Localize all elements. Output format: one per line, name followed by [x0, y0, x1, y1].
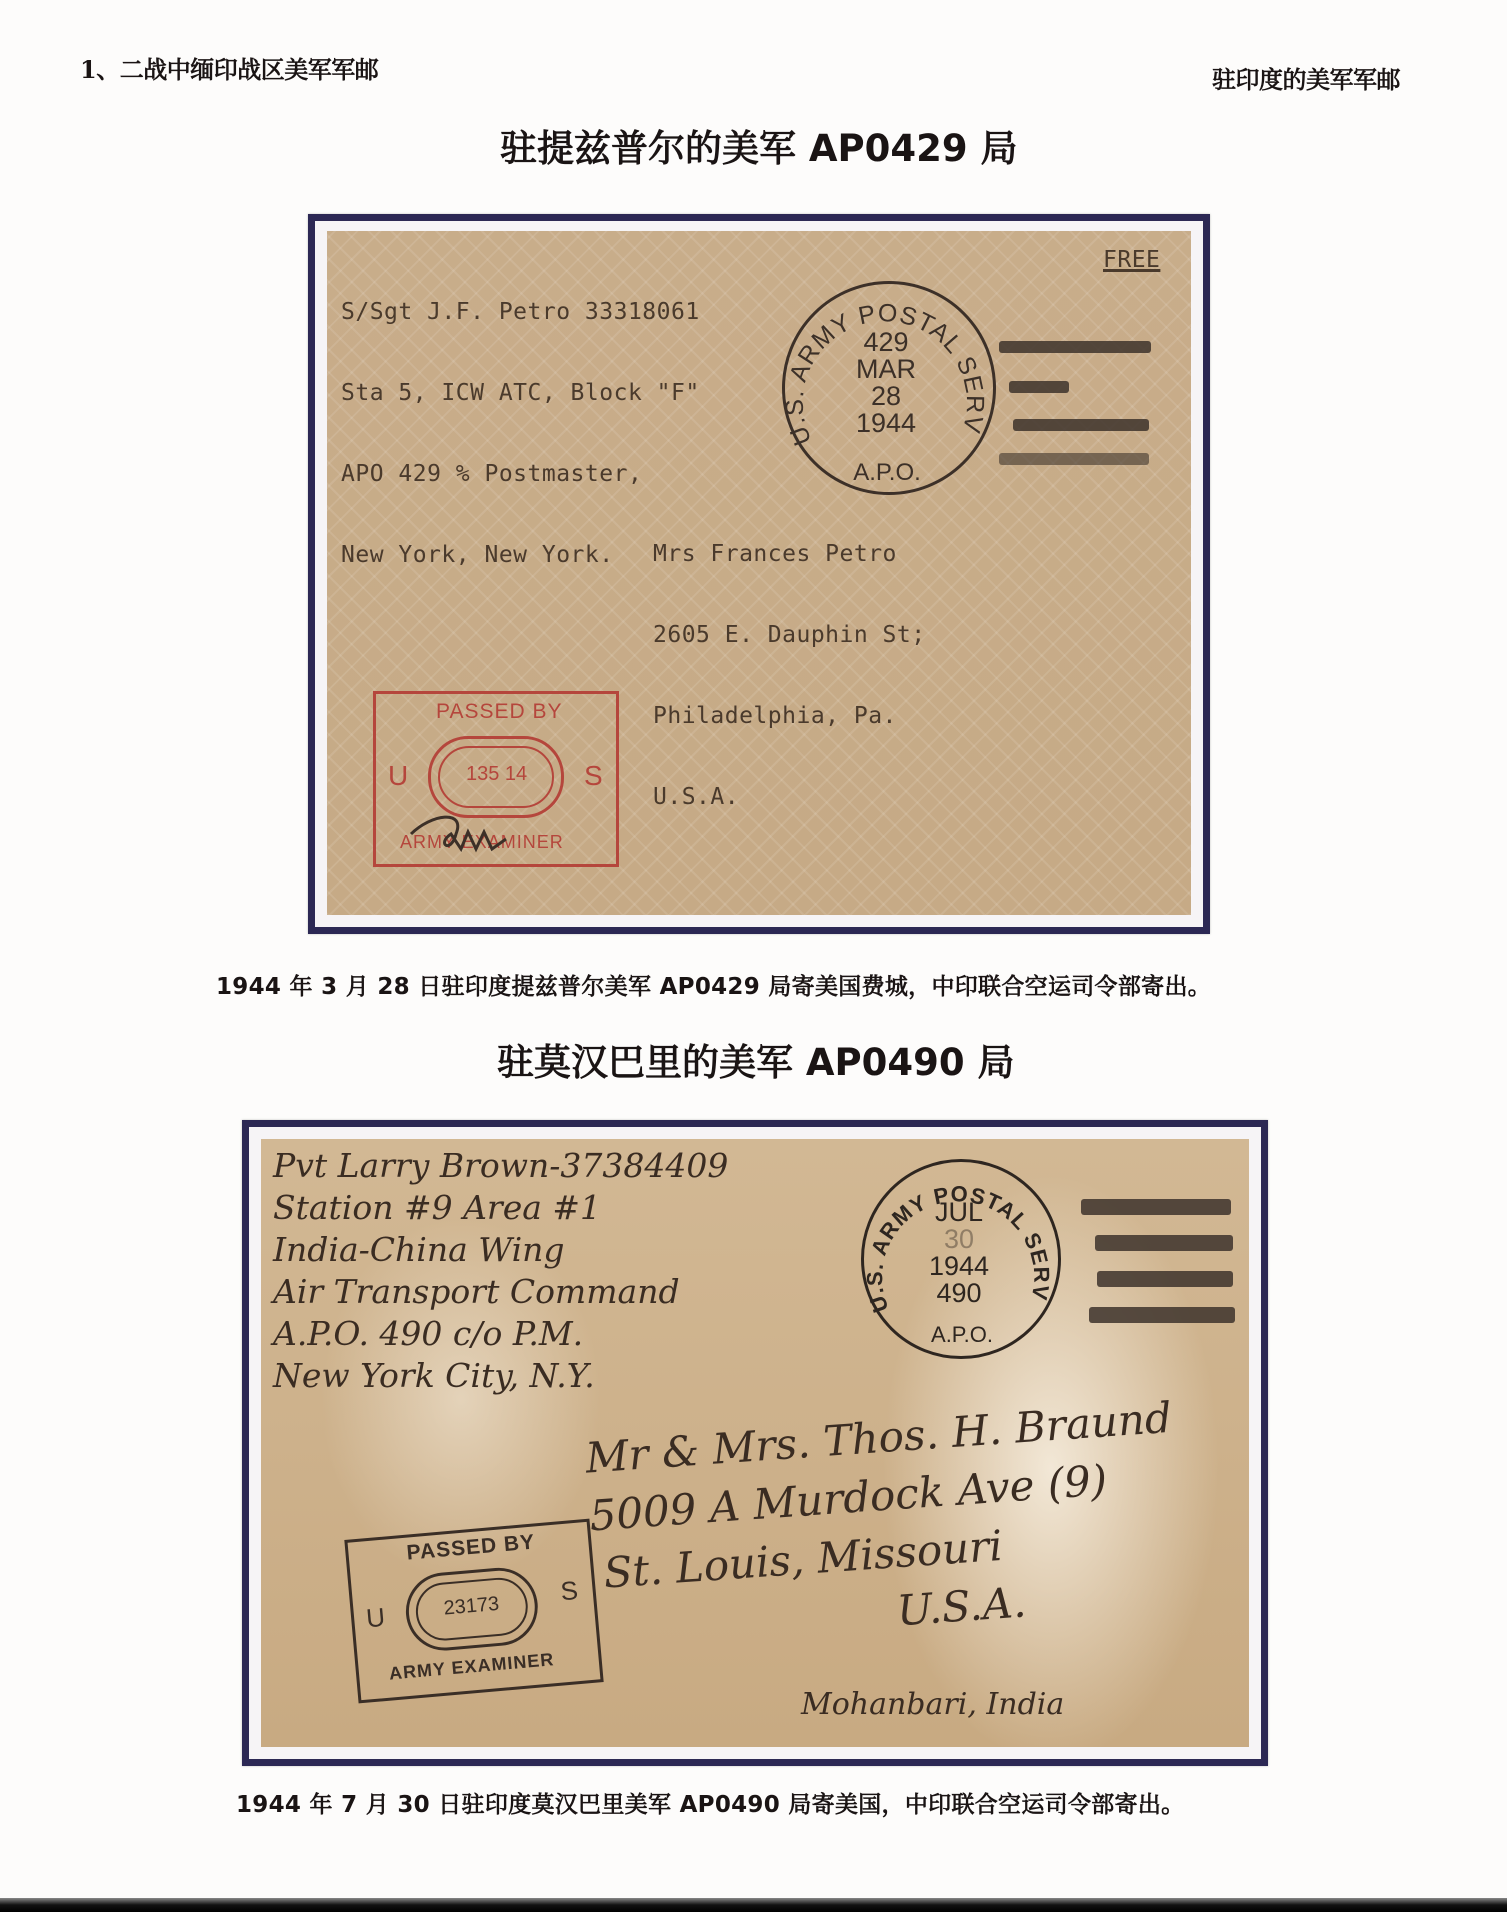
killer-bar	[999, 453, 1149, 465]
postmark-day: 30	[919, 1226, 999, 1253]
addressee-line: 2605 E. Dauphin St;	[653, 622, 926, 649]
sender-line: New York, New York.	[341, 542, 700, 569]
sender-line: Pvt Larry Brown-37384409	[273, 1145, 728, 1187]
sender-address: S/Sgt J.F. Petro 33318061 Sta 5, ICW ATC…	[341, 245, 700, 623]
addressee-address: Mrs Frances Petro 2605 E. Dauphin St; Ph…	[653, 487, 926, 865]
sender-line: A.P.O. 490 c/o P.M.	[273, 1313, 728, 1355]
postmark-apo: 490	[919, 1280, 999, 1307]
sender-address: Pvt Larry Brown-37384409 Station #9 Area…	[273, 1145, 728, 1397]
postmark-apo: 429	[846, 329, 926, 356]
origin-note: Mohanbari, India	[801, 1687, 1064, 1722]
exhibit-2-cover: Pvt Larry Brown-37384409 Station #9 Area…	[261, 1139, 1249, 1747]
killer-bar	[999, 341, 1151, 353]
exhibit-2-frame: Pvt Larry Brown-37384409 Station #9 Area…	[242, 1120, 1268, 1766]
postmark: U.S. ARMY POSTAL SERVICE JUL 30 1944 490…	[861, 1159, 1061, 1359]
sender-line: India-China Wing	[273, 1229, 728, 1271]
censor-stamp: PASSED BY U S 135 14 ARMY EXAMINER	[373, 691, 619, 867]
postmark-month: JUL	[919, 1199, 999, 1226]
sender-line: Station #9 Area #1	[273, 1187, 728, 1229]
postmark-year: 1944	[919, 1253, 999, 1280]
censor-signature	[406, 804, 516, 864]
exhibit-1-caption: 1944 年 3 月 28 日驻印度提兹普尔美军 AP0429 局寄美国费城，中…	[216, 968, 1211, 1001]
addressee-address: Mr & Mrs. Thos. H. Braund 5009 A Murdock…	[584, 1389, 1186, 1661]
killer-bar	[1009, 381, 1069, 393]
exhibit-1-cover: S/Sgt J.F. Petro 33318061 Sta 5, ICW ATC…	[327, 231, 1191, 915]
killer-bar	[1089, 1307, 1235, 1323]
exhibit-1-frame: S/Sgt J.F. Petro 33318061 Sta 5, ICW ATC…	[308, 214, 1210, 934]
exhibit-1-title: 驻提兹普尔的美军 AP0429 局	[500, 118, 1018, 172]
sender-line: APO 429 % Postmaster,	[341, 461, 700, 488]
addressee-line: Philadelphia, Pa.	[653, 703, 926, 730]
postmark-apo-label: A.P.O.	[842, 459, 932, 486]
section-label-right: 驻印度的美军军邮	[1212, 60, 1400, 95]
postmark-month: MAR	[846, 356, 926, 383]
exhibit-2-caption: 1944 年 7 月 30 日驻印度莫汉巴里美军 AP0490 局寄美国，中印联…	[236, 1786, 1184, 1819]
section-label-left: 1、二战中缅印战区美军军邮	[80, 50, 378, 85]
postmark: U.S. ARMY POSTAL SERVICE 429 MAR 28 1944…	[782, 281, 996, 495]
postmark-year: 1944	[846, 410, 926, 437]
killer-bar	[1081, 1199, 1231, 1215]
postmark-apo-label: A.P.O.	[917, 1321, 1007, 1348]
sender-line: Sta 5, ICW ATC, Block "F"	[341, 380, 700, 407]
addressee-line: Mrs Frances Petro	[653, 541, 926, 568]
sender-line: Air Transport Command	[273, 1271, 728, 1313]
free-frank: FREE	[1103, 247, 1160, 274]
censor-stamp: PASSED BY U S 23173 ARMY EXAMINER	[344, 1519, 603, 1704]
postmark-day: 28	[846, 383, 926, 410]
sender-line: S/Sgt J.F. Petro 33318061	[341, 299, 700, 326]
sender-line: New York City, N.Y.	[273, 1355, 728, 1397]
exhibit-2-title: 驻莫汉巴里的美军 AP0490 局	[497, 1032, 1015, 1086]
killer-bar	[1095, 1235, 1233, 1251]
addressee-line: U.S.A.	[653, 784, 926, 811]
killer-bar	[1013, 419, 1149, 431]
page-bottom-edge	[0, 1898, 1507, 1912]
killer-bar	[1097, 1271, 1233, 1287]
